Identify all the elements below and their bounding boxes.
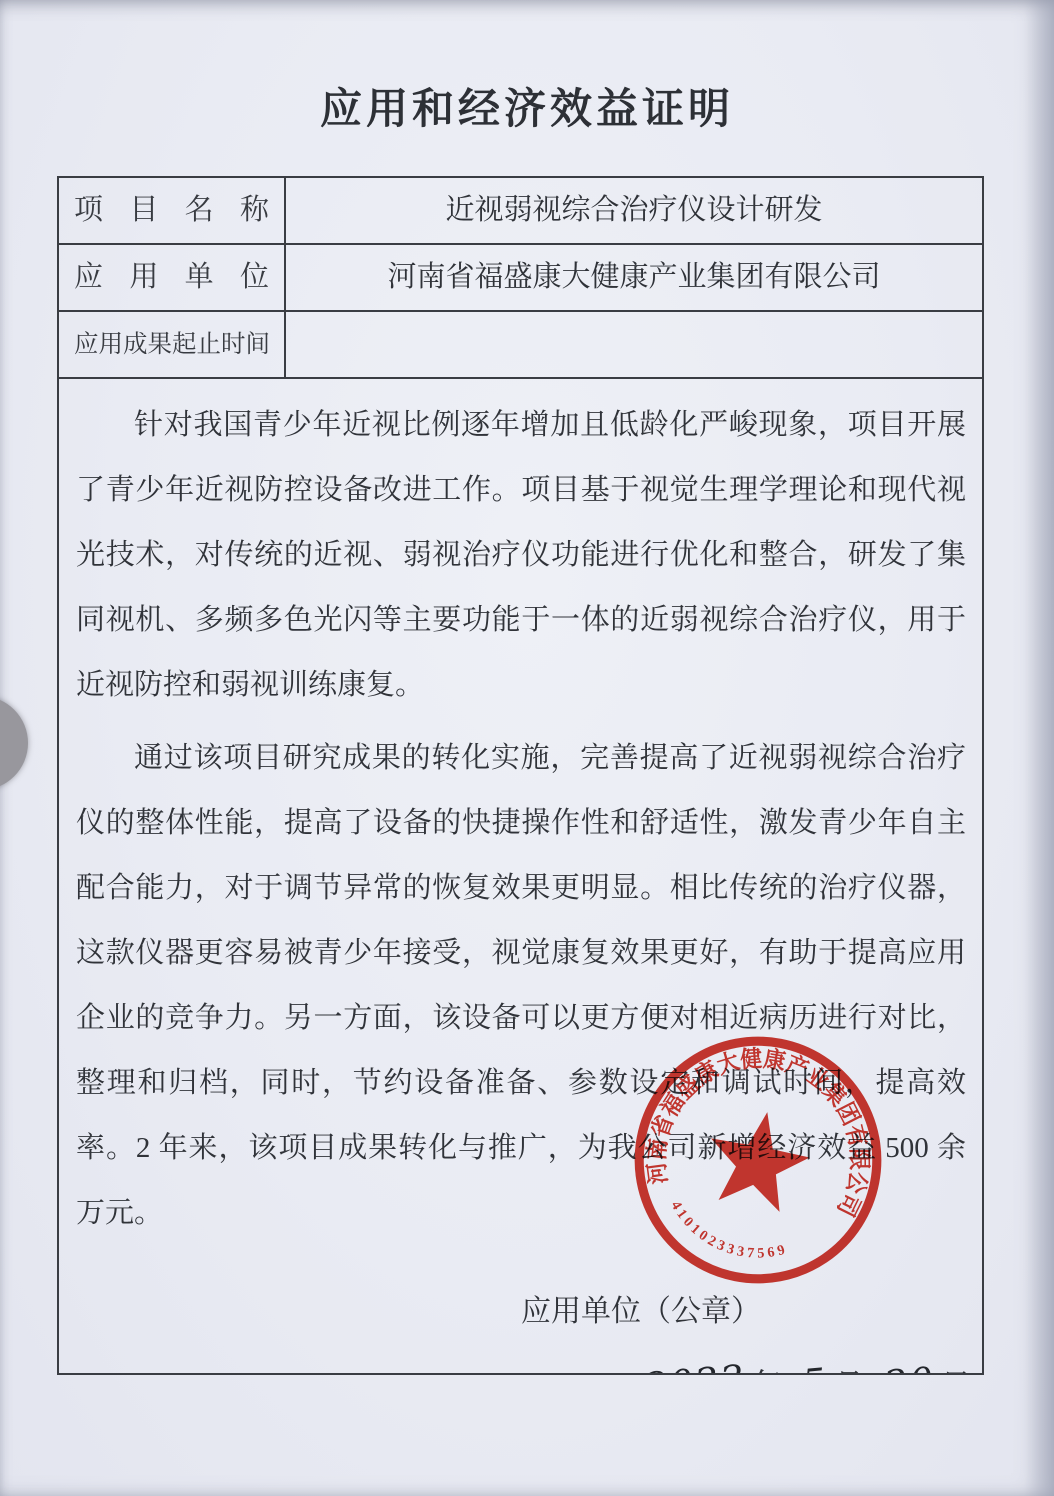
date-day-handwritten: 20 [882, 1356, 937, 1373]
date-month-unit: 月 [834, 1369, 864, 1373]
paragraph-1: 针对我国青少年近视比例逐年增加且低龄化严峻现象，项目开展了青少年近视防控设备改进… [76, 393, 966, 718]
company-seal: 河南省福盛康大健康产业集团有限公司 4101023337569 [603, 1005, 913, 1315]
binder-hole-artifact [0, 696, 28, 790]
table-row-project-name: 项目名称 近视弱视综合治疗仪设计研发 [59, 178, 982, 245]
row-value-application-unit: 河南省福盛康大健康产业集团有限公司 [286, 245, 982, 310]
row-value-result-period [286, 312, 982, 377]
right-edge-shade [1024, 0, 1054, 1496]
date-year-unit: 年 [752, 1369, 782, 1373]
date-year-handwritten: 2022 [642, 1354, 748, 1373]
row-label-result-period: 应用成果起止时间 [59, 312, 286, 377]
row-label-project-name: 项目名称 [59, 178, 286, 243]
scanned-certificate-page: 应用和经济效益证明 项目名称 近视弱视综合治疗仪设计研发 应用单位 河南省福盛康… [0, 0, 1054, 1496]
row-label-application-unit: 应用单位 [59, 245, 286, 310]
date-month-handwritten: 5 [800, 1357, 830, 1373]
row-value-project-name: 近视弱视综合治疗仪设计研发 [286, 178, 982, 243]
table-row-result-period: 应用成果起止时间 [59, 312, 982, 379]
seal-star [700, 1103, 817, 1216]
date-line: 2022年5月20日 [76, 1358, 966, 1373]
page-title: 应用和经济效益证明 [0, 76, 1054, 136]
table-row-application-unit: 应用单位 河南省福盛康大健康产业集团有限公司 [59, 245, 982, 312]
date-day-unit: 日 [941, 1369, 971, 1373]
